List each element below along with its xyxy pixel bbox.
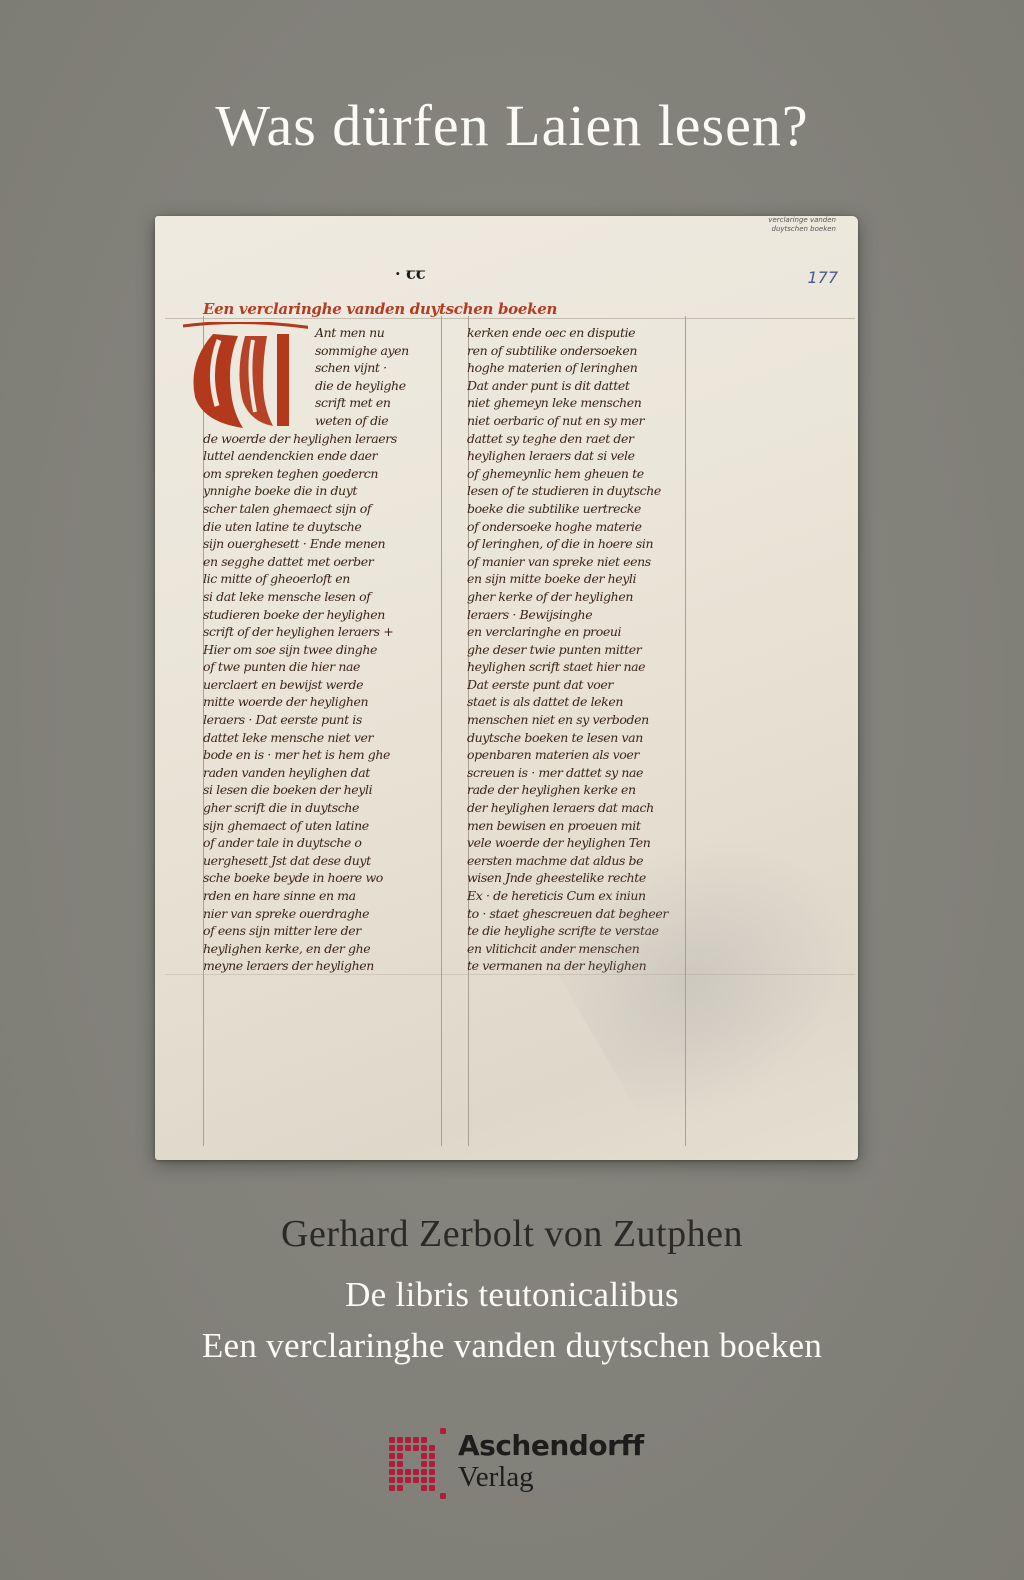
manuscript-line: te vermanen na der heylighen [467,957,712,975]
manuscript-line: nier van spreke ouerdraghe [203,905,448,923]
manuscript-line: lic mitte of gheoerloft en [203,570,448,588]
catchmark: · ꞇꞇ [395,264,426,283]
manuscript-line: menschen niet en sy verboden [467,711,712,729]
manuscript-right-column: kerken ende oec en disputie ren of subti… [467,324,712,975]
manuscript-line: Dat eerste punt dat voer [467,676,712,694]
manuscript-line: leraers · Bewijsinghe [467,606,712,624]
manuscript-line: rade der heylighen kerke en [467,781,712,799]
manuscript-line: heylighen scrift staet hier nae [467,658,712,676]
manuscript-line: dattet leke mensche niet ver [203,729,448,747]
manuscript-line: sijn ouerghesett · Ende menen [203,535,448,553]
manuscript-line: uerclaert en bewijst werde [203,676,448,694]
manuscript-line: sommighe ayen [203,342,448,360]
manuscript-line: die de heylighe [203,377,448,395]
manuscript-line: si lesen die boeken der heyli [203,781,448,799]
manuscript-line: te die heylighe scrifte te verstae [467,922,712,940]
manuscript-line: boeke die subtilike uertrecke [467,500,712,518]
manuscript-line: dattet sy teghe den raet der [467,430,712,448]
manuscript-line: en verclaringhe en proeui [467,623,712,641]
manuscript-line: openbaren materien als voer [467,746,712,764]
book-title: Was dürfen Laien lesen? [0,92,1024,159]
manuscript-line: of manier van spreke niet eens [467,553,712,571]
folio-number: 177 [807,268,838,287]
manuscript-line: en segghe dattet met oerber [203,553,448,571]
manuscript-line: of leringhen, of die in hoere sin [467,535,712,553]
manuscript-line: sche boeke beyde in hoere wo [203,869,448,887]
manuscript-line: om spreken teghen goedercn [203,465,448,483]
manuscript-line: luttel aendenckien ende daer [203,447,448,465]
manuscript-line: Ex · de hereticis Cum ex iniun [467,887,712,905]
manuscript-line: of eens sijn mitter lere der [203,922,448,940]
manuscript-line: wisen Jnde gheestelike rechte [467,869,712,887]
manuscript-line: sijn ghemaect of uten latine [203,817,448,835]
manuscript-line: rden en hare sinne en ma [203,887,448,905]
manuscript-line: meyne leraers der heylighen [203,957,448,975]
manuscript-line: lesen of te studieren in duytsche [467,482,712,500]
manuscript-line: niet oerbaric of nut en sy mer [467,412,712,430]
author-name: Gerhard Zerbolt von Zutphen [0,1212,1024,1256]
manuscript-line: en sijn mitte boeke der heyli [467,570,712,588]
subtitle-latin: De libris teutonicalibus [0,1275,1024,1315]
manuscript-line: of twe punten die hier nae [203,658,448,676]
manuscript-line: to · staet ghescreuen dat begheer [467,905,712,923]
manuscript-line: ren of subtilike ondersoeken [467,342,712,360]
manuscript-line: si dat leke mensche lesen of [203,588,448,606]
manuscript-line: Dat ander punt is dit dattet [467,377,712,395]
manuscript-line: of ghemeynlic hem gheuen te [467,465,712,483]
manuscript-line: vele woerde der heylighen Ten [467,834,712,852]
manuscript-line: de woerde der heylighen leraers [203,430,448,448]
manuscript-line: kerken ende oec en disputie [467,324,712,342]
manuscript-line: men bewisen en proeuen mit [467,817,712,835]
manuscript-line: staet is als dattet de leken [467,693,712,711]
manuscript-page-image: verclaringe vanden duytschen boeken · ꞇꞇ… [155,216,858,1160]
publisher-imprint: Verlag [458,1461,534,1494]
manuscript-line: hoghe materien of leringhen [467,359,712,377]
manuscript-line: duytsche boeken te lesen van [467,729,712,747]
manuscript-line: en vlitichcit ander menschen [467,940,712,958]
manuscript-line: bode en is · mer het is hem ghe [203,746,448,764]
manuscript-line: eersten machme dat aldus be [467,852,712,870]
manuscript-line: studieren boeke der heylighen [203,606,448,624]
manuscript-line: gher scrift die in duytsche [203,799,448,817]
manuscript-line: mitte woerde der heylighen [203,693,448,711]
manuscript-line: scher talen ghemaect sijn of [203,500,448,518]
manuscript-line: gher kerke of der heylighen [467,588,712,606]
manuscript-line: niet ghemeyn leke menschen [467,394,712,412]
manuscript-line: die uten latine te duytsche [203,518,448,536]
manuscript-line: of ander tale in duytsche o [203,834,448,852]
manuscript-line: heylighen kerke, en der ghe [203,940,448,958]
manuscript-line: leraers · Dat eerste punt is [203,711,448,729]
subtitle-dutch: Een verclaringhe vanden duytschen boeken [0,1326,1024,1366]
marginal-note: verclaringe vanden duytschen boeken [756,216,836,234]
publisher-name: Aschendorff [458,1429,644,1462]
manuscript-line: Hier om soe sijn twee dinghe [203,641,448,659]
manuscript-line: scrift of der heylighen leraers + [203,623,448,641]
manuscript-line: schen vijnt · [203,359,448,377]
ruling-line [165,318,855,319]
manuscript-line: heylighen leraers dat si vele [467,447,712,465]
publisher-logo: Aschendorff Verlag [388,1425,638,1500]
manuscript-line: raden vanden heylighen dat [203,764,448,782]
rubric-heading: Een verclaringhe vanden duytschen boeken [203,300,557,318]
manuscript-line: screuen is · mer dattet sy nae [467,764,712,782]
manuscript-line: weten of die [203,412,448,430]
manuscript-left-column: Ant men nu sommighe ayen schen vijnt · d… [203,324,448,975]
manuscript-line: der heylighen leraers dat mach [467,799,712,817]
manuscript-line: Ant men nu [203,324,448,342]
manuscript-line: scrift met en [203,394,448,412]
manuscript-line: of ondersoeke hoghe materie [467,518,712,536]
manuscript-line: ghe deser twie punten mitter [467,641,712,659]
manuscript-line: uerghesett Jst dat dese duyt [203,852,448,870]
manuscript-line: ynnighe boeke die in duyt [203,482,448,500]
aschendorff-dot-matrix-icon [388,1425,450,1500]
